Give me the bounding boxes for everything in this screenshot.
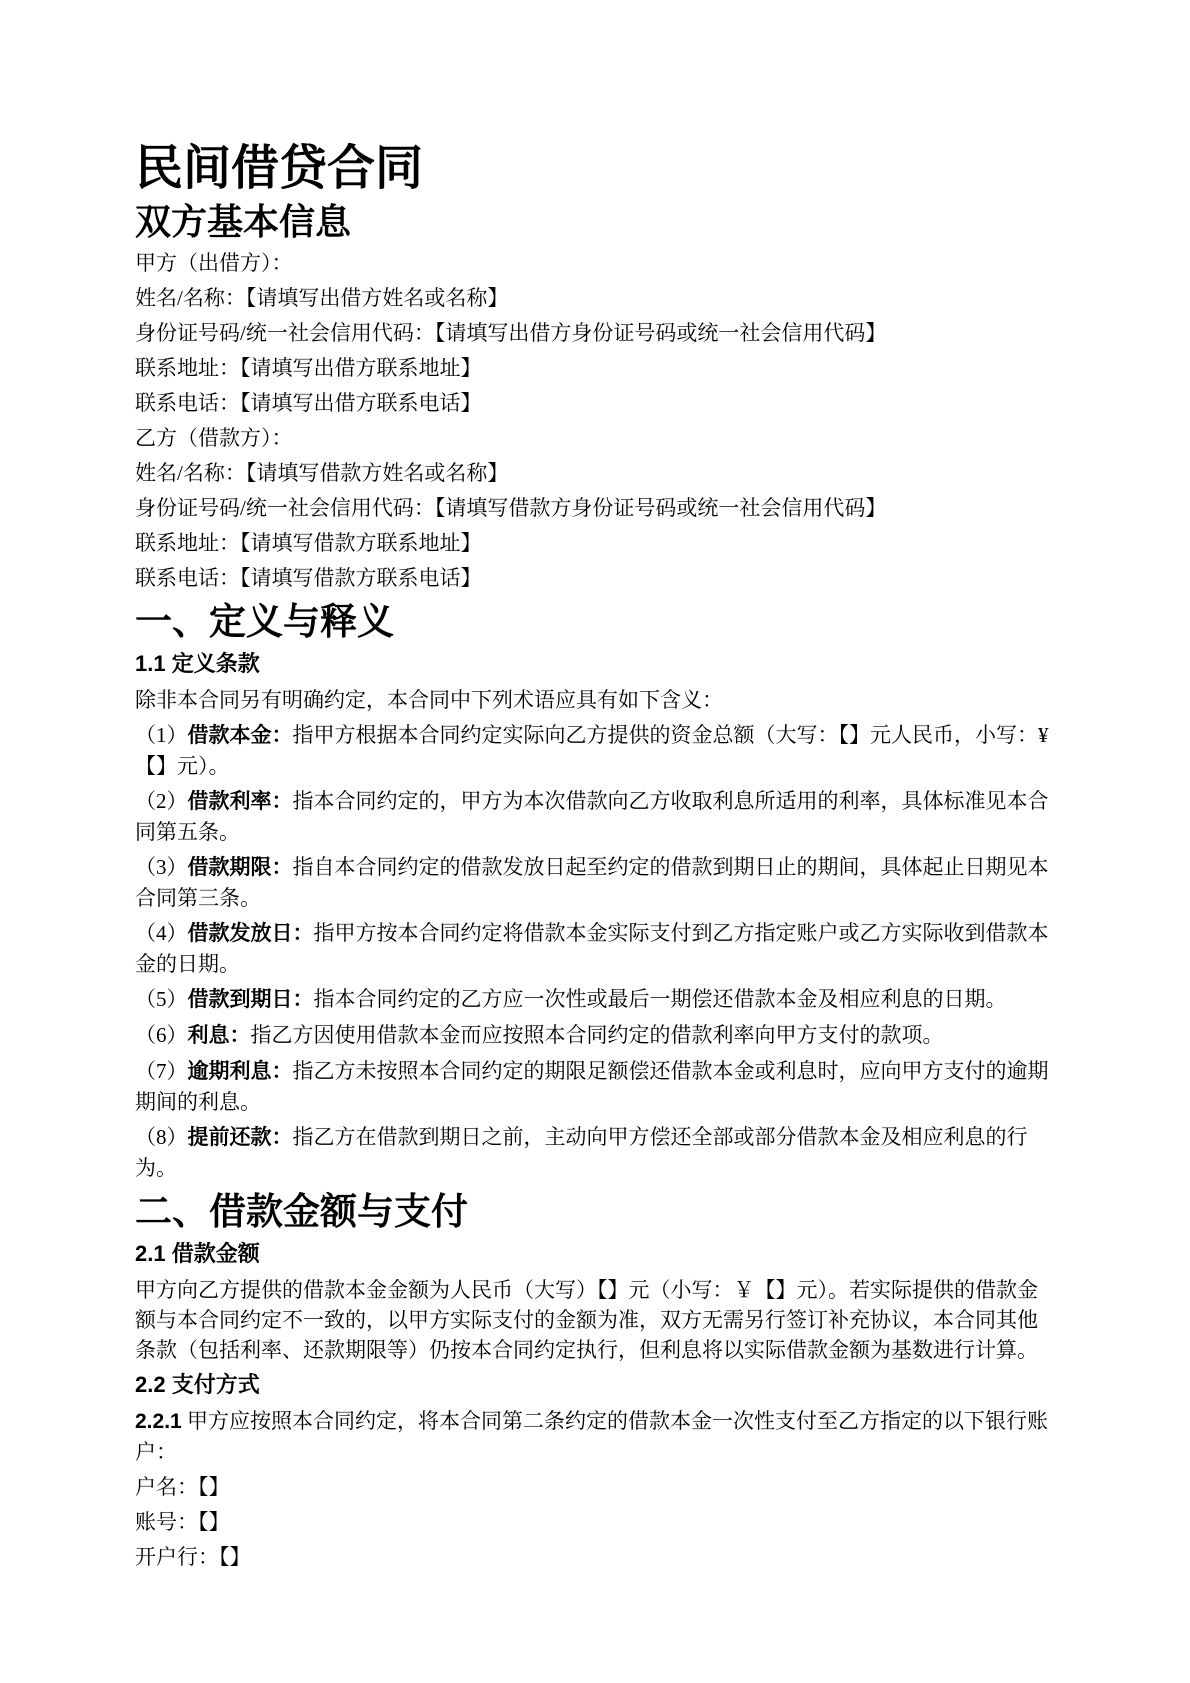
basic-line-address-a: 联系地址：【请填写出借方联系地址】 (135, 353, 1055, 383)
section2-2-heading: 2.2 支付方式 (135, 1370, 1055, 1400)
section1-intro: 除非本合同另有明确约定，本合同中下列术语应具有如下含义： (135, 685, 1055, 715)
section2-heading: 二、借款金额与支付 (135, 1189, 1055, 1235)
definition-term: 提前还款： (188, 1126, 293, 1149)
definition-item-1: （1）借款本金：指甲方根据本合同约定实际向乙方提供的资金总额（大写：【】元人民币… (135, 720, 1055, 781)
clause-221: 2.2.1 甲方应按照本合同约定，将本合同第二条约定的借款本金一次性支付至乙方指… (135, 1406, 1055, 1467)
basic-line-id-b: 身份证号码/统一社会信用代码：【请填写借款方身份证号码或统一社会信用代码】 (135, 493, 1055, 523)
basic-line-party-b: 乙方（借款方）： (135, 423, 1055, 453)
section1-heading: 一、定义与释义 (135, 599, 1055, 645)
section1-subheading: 1.1 定义条款 (135, 649, 1055, 679)
definition-term: 利息： (188, 1024, 251, 1047)
definition-desc: 指乙方因使用借款本金而应按照本合同约定的借款利率向甲方支付的款项。 (251, 1023, 944, 1047)
definition-item-2: （2）借款利率：指本合同约定的，甲方为本次借款向乙方收取利息所适用的利率，具体标… (135, 786, 1055, 847)
definition-number: （5） (135, 987, 188, 1011)
definition-number: （1） (135, 723, 188, 747)
account-line-bank: 开户行：【】 (135, 1542, 1055, 1572)
basic-line-id-a: 身份证号码/统一社会信用代码：【请填写出借方身份证号码或统一社会信用代码】 (135, 318, 1055, 348)
basic-line-name-b: 姓名/名称：【请填写借款方姓名或名称】 (135, 458, 1055, 488)
basic-line-address-b: 联系地址：【请填写借款方联系地址】 (135, 528, 1055, 558)
doc-title: 民间借贷合同 (135, 140, 1055, 198)
section2-1-text: 甲方向乙方提供的借款本金金额为人民币（大写）【】元（小写：￥【】元）。若实际提供… (135, 1275, 1055, 1365)
contract-page: 民间借贷合同 双方基本信息 甲方（出借方）： 姓名/名称：【请填写出借方姓名或名… (0, 0, 1190, 1683)
account-line-holder: 户名：【】 (135, 1472, 1055, 1502)
definition-term: 逾期利息： (188, 1060, 293, 1083)
definition-item-8: （8）提前还款：指乙方在借款到期日之前，主动向甲方偿还全部或部分借款本金及相应利… (135, 1122, 1055, 1183)
definition-item-6: （6）利息：指乙方因使用借款本金而应按照本合同约定的借款利率向甲方支付的款项。 (135, 1020, 1055, 1051)
definition-term: 借款发放日： (188, 922, 314, 945)
basic-line-name-a: 姓名/名称：【请填写出借方姓名或名称】 (135, 283, 1055, 313)
definition-term: 借款期限： (188, 856, 293, 879)
account-line-number: 账号：【】 (135, 1507, 1055, 1537)
basic-line-phone-a: 联系电话：【请填写出借方联系电话】 (135, 388, 1055, 418)
definition-number: （8） (135, 1125, 188, 1149)
definition-number: （7） (135, 1059, 188, 1083)
definition-item-5: （5）借款到期日：指本合同约定的乙方应一次性或最后一期偿还借款本金及相应利息的日… (135, 984, 1055, 1015)
clause-221-text: 甲方应按照本合同约定，将本合同第二条约定的借款本金一次性支付至乙方指定的以下银行… (135, 1409, 1048, 1464)
definition-item-7: （7）逾期利息：指乙方未按照本合同约定的期限足额偿还借款本金或利息时，应向甲方支… (135, 1056, 1055, 1117)
definition-number: （2） (135, 789, 188, 813)
basic-info-heading: 双方基本信息 (135, 200, 1055, 244)
definition-item-4: （4）借款发放日：指甲方按本合同约定将借款本金实际支付到乙方指定账户或乙方实际收… (135, 918, 1055, 979)
definition-term: 借款利率： (188, 790, 293, 813)
definition-number: （4） (135, 921, 188, 945)
definition-number: （3） (135, 855, 188, 879)
definition-term: 借款到期日： (188, 988, 314, 1011)
definition-number: （6） (135, 1023, 188, 1047)
basic-line-party-a: 甲方（出借方）： (135, 248, 1055, 278)
clause-221-number: 2.2.1 (135, 1410, 182, 1433)
definition-desc: 指本合同约定的乙方应一次性或最后一期偿还借款本金及相应利息的日期。 (314, 987, 1007, 1011)
definition-term: 借款本金： (188, 724, 293, 747)
basic-line-phone-b: 联系电话：【请填写借款方联系电话】 (135, 563, 1055, 593)
section2-1-heading: 2.1 借款金额 (135, 1239, 1055, 1269)
definition-item-3: （3）借款期限：指自本合同约定的借款发放日起至约定的借款到期日止的期间，具体起止… (135, 852, 1055, 913)
